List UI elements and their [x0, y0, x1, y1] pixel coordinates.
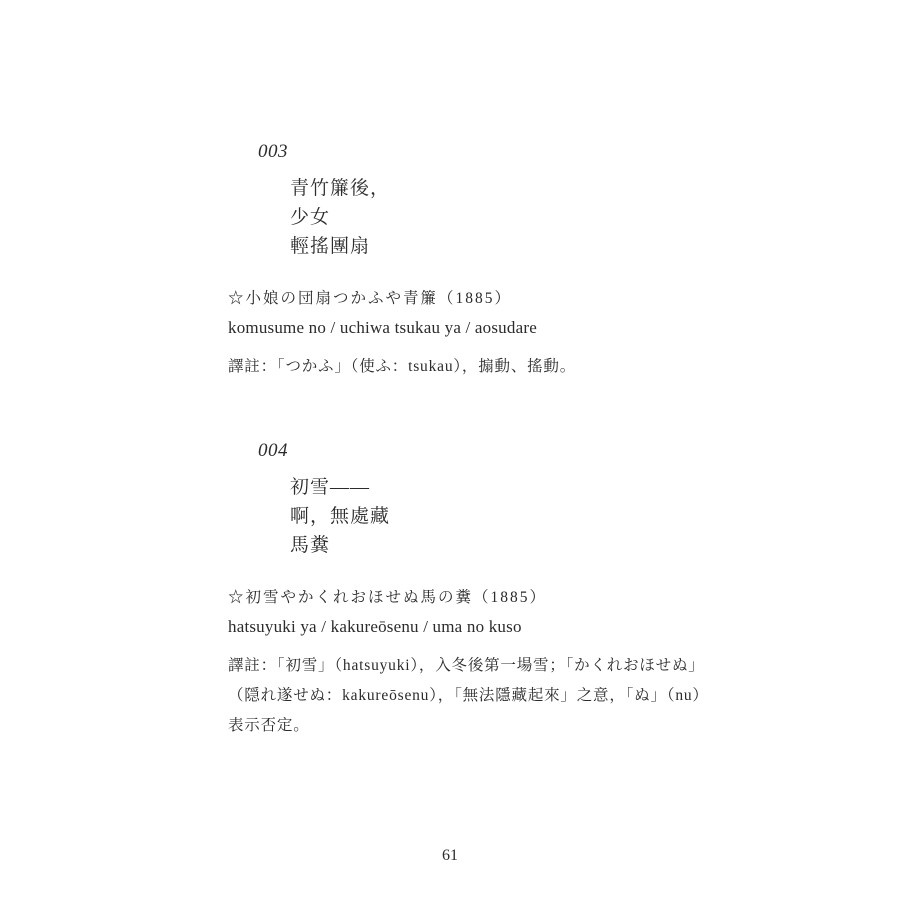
poem-line: 馬糞: [290, 531, 706, 560]
haiku-romaji: hatsuyuki ya / kakureōsenu / uma no kuso: [228, 617, 706, 637]
poem-line: 輕搖團扇: [290, 232, 706, 261]
haiku-original-japanese: ☆小娘の団扇つかふや青簾（1885）: [228, 289, 706, 309]
translator-note: 譯註：「初雪」（hatsuyuki），入冬後第一場雪；「かくれおほせぬ」 （隠れ…: [228, 651, 706, 741]
note-line: 表示否定。: [228, 711, 706, 741]
entry-number: 004: [258, 440, 706, 462]
haiku-entry-004: 004 初雪—— 啊，無處藏 馬糞 ☆初雪やかくれおほせぬ馬の糞（1885） h…: [228, 440, 706, 741]
note-line: 譯註：「初雪」（hatsuyuki），入冬後第一場雪；「かくれおほせぬ」: [228, 651, 706, 681]
poem-line: 初雪——: [290, 473, 706, 502]
note-line: 譯註：「つかふ」（使ふ：tsukau），搧動、搖動。: [228, 352, 706, 382]
haiku-entry-003: 003 青竹簾後， 少女 輕搖團扇 ☆小娘の団扇つかふや青簾（1885） kom…: [228, 141, 706, 382]
book-page: 003 青竹簾後， 少女 輕搖團扇 ☆小娘の団扇つかふや青簾（1885） kom…: [0, 0, 900, 900]
page-content: 003 青竹簾後， 少女 輕搖團扇 ☆小娘の団扇つかふや青簾（1885） kom…: [228, 141, 706, 741]
poem-line: 少女: [290, 203, 706, 232]
poem-line: 青竹簾後，: [290, 174, 706, 203]
translator-note: 譯註：「つかふ」（使ふ：tsukau），搧動、搖動。: [228, 352, 706, 382]
entry-number: 003: [258, 141, 706, 163]
poem-line: 啊，無處藏: [290, 502, 706, 531]
haiku-original-japanese: ☆初雪やかくれおほせぬ馬の糞（1885）: [228, 588, 706, 608]
note-line: （隠れ遂せぬ：kakureōsenu），「無法隱藏起來」之意，「ぬ」（nu）: [228, 681, 706, 711]
page-number: 61: [0, 846, 900, 866]
haiku-romaji: komusume no / uchiwa tsukau ya / aosudar…: [228, 318, 706, 338]
poem-translation: 青竹簾後， 少女 輕搖團扇: [290, 174, 706, 261]
poem-translation: 初雪—— 啊，無處藏 馬糞: [290, 473, 706, 560]
